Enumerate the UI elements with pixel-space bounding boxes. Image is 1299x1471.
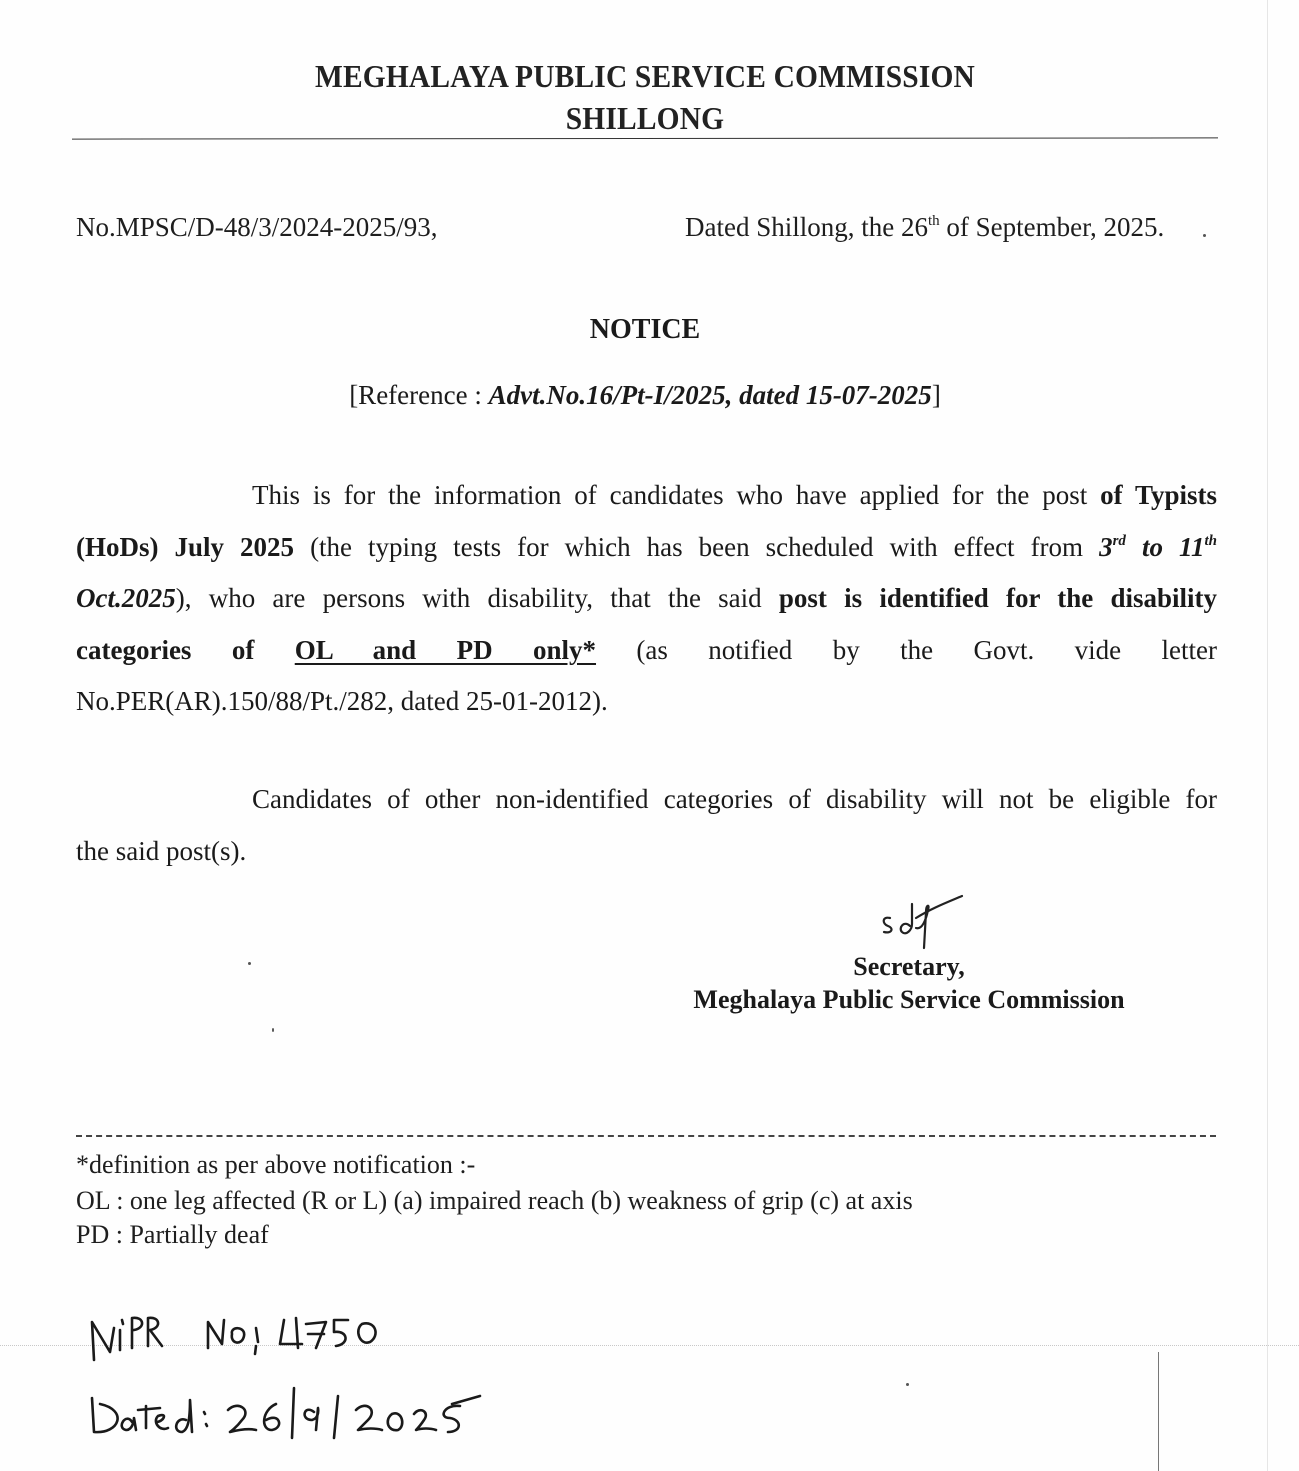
post-name-cont: (HoDs) July 2025 [76,532,294,562]
paragraph-eligibility: Candidates of other non-identified categ… [76,774,1217,877]
footnote-divider [76,1135,1216,1137]
org-title: MEGHALAYA PUBLIC SERVICE COMMISSION [52,58,1239,95]
signatory-designation: Secretary, [650,950,1168,983]
paragraph-information: This is for the information of candidate… [76,470,1217,728]
identified-categories: OL and PD only* [295,635,596,665]
scan-edge [1267,0,1268,1471]
p1-line2-text: (the typing tests for which has been sch… [294,532,1099,562]
p1-line1: This is for the information of candidate… [76,470,1217,522]
notice-title: NOTICE [0,314,1290,346]
date-suffix-sup: th [928,213,940,229]
p2-line1: Candidates of other non-identified categ… [76,774,1217,826]
handwritten-annotation: MIPR No: 4750 [80,1300,600,1450]
p1-line3: Oct.2025), who are persons with disabili… [76,573,1217,625]
scan-speck [906,1383,909,1386]
footnote-pd: PD : Partially deaf [76,1220,269,1250]
test-start-day: 3 [1099,532,1113,562]
footnote-ol: OL : one leg affected (R or L) (a) impai… [76,1186,913,1216]
scan-speck [272,1028,274,1032]
footnote-heading: *definition as per above notification :- [76,1150,475,1180]
p1-line4: categories of OL and PD only* (as notifi… [76,625,1217,677]
p1-line5: No.PER(AR).150/88/Pt./282, dated 25-01-2… [76,676,1217,728]
org-city: SHILLONG [52,100,1239,137]
date-prefix: Dated Shillong, the 26 [685,212,928,242]
document-page: MEGHALAYA PUBLIC SERVICE COMMISSION SHIL… [0,0,1299,1471]
advt-reference: [Reference : Advt.No.16/Pt-I/2025, dated… [0,380,1290,411]
dated-line: Dated Shillong, the 26th of September, 2… [685,212,1164,243]
test-end-day: to 11 [1126,532,1205,562]
reference-suffix: ] [932,380,941,410]
scan-speck [248,962,251,965]
date-suffix: of September, 2025. [940,212,1165,242]
p1-line4-text: (as notified by the Govt. vide letter [596,635,1217,665]
signatory-block: Secretary, Meghalaya Public Service Comm… [650,950,1168,1016]
reference-prefix: [Reference : [349,380,488,410]
signature-mark-icon [876,890,966,950]
signatory-organization: Meghalaya Public Service Commission [650,983,1168,1016]
categories-label: categories of [76,635,295,665]
p1-line2: (HoDs) July 2025 (the typing tests for w… [76,522,1217,574]
p2-line1-text: Candidates of other non-identified categ… [252,784,1217,814]
reference-number: No.MPSC/D-48/3/2024-2025/93, [76,212,438,243]
test-month: Oct.2025 [76,583,176,613]
header-divider [72,137,1218,139]
p1-line3-text: ), who are persons with disability, that… [176,583,779,613]
scan-speck [1203,234,1206,237]
reference-advt: Advt.No.16/Pt-I/2025, dated 15-07-2025 [489,380,932,410]
p1-line1-text: This is for the information of candidate… [252,480,1100,510]
scan-fold-vertical [1158,1352,1159,1471]
p2-line2: the said post(s). [76,826,1217,878]
test-end-sup: th [1204,533,1217,549]
test-start-sup: rd [1113,533,1126,549]
post-name: of Typists [1100,480,1217,510]
identified-statement: post is identified for the disability [779,583,1217,613]
